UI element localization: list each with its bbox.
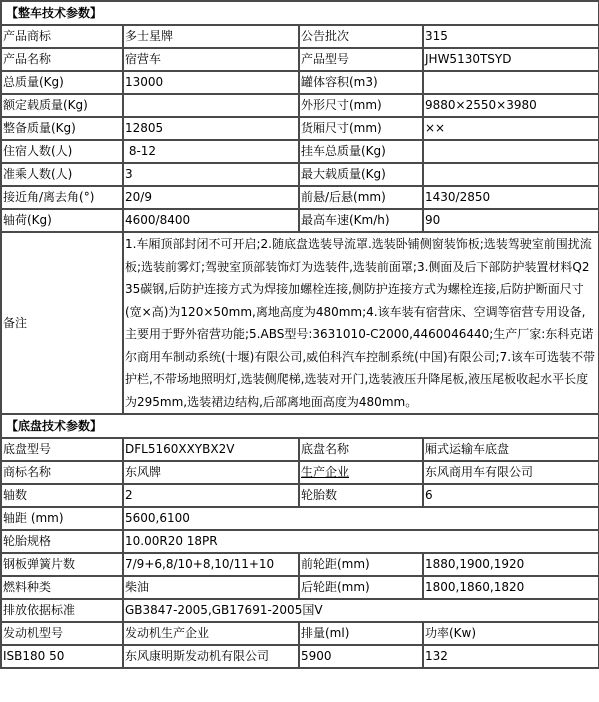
- section-header-vehicle: 【整车技术参数】: [1, 1, 599, 25]
- table-row: 轮胎规格10.00R20 18PR: [1, 530, 599, 553]
- section-header-chassis: 【底盘技术参数】: [1, 414, 599, 438]
- label: 最大载质量(Kg): [299, 163, 423, 186]
- table-row: 轴数2轮胎数6: [1, 484, 599, 507]
- remark-label: 备注: [1, 232, 123, 414]
- power: 132: [423, 645, 599, 668]
- remark-row: 备注 1.车厢顶部封闭不可开启;2.随底盘选装导流罩.选装卧铺侧窗装饰板;选装驾…: [1, 232, 599, 414]
- value: 7/9+6,8/10+8,10/11+10: [123, 553, 299, 576]
- label: 前轮距(mm): [299, 553, 423, 576]
- value: 9880×2550×3980: [423, 94, 599, 117]
- engine-model: ISB180 50: [1, 645, 123, 668]
- label: 住宿人数(人): [1, 140, 123, 163]
- label: 商标名称: [1, 461, 123, 484]
- section-title: 【整车技术参数】: [1, 1, 599, 25]
- value: [423, 140, 599, 163]
- value: GB3847-2005,GB17691-2005国V: [123, 599, 599, 622]
- value: [423, 71, 599, 94]
- table-row: 总质量(Kg)13000罐体容积(m3): [1, 71, 599, 94]
- value: DFL5160XXYBX2V: [123, 438, 299, 461]
- table-row: 接近角/离去角(°)20/9前悬/后悬(mm)1430/2850: [1, 186, 599, 209]
- value: 1430/2850: [423, 186, 599, 209]
- value: 2: [123, 484, 299, 507]
- label: 排放依据标准: [1, 599, 123, 622]
- table-row: 商标名称东风牌生产企业东风商用车有限公司: [1, 461, 599, 484]
- value: 柴油: [123, 576, 299, 599]
- spec-table: 【整车技术参数】 产品商标多士星牌公告批次315 产品名称宿营车产品型号JHW5…: [0, 0, 599, 669]
- label: 产品型号: [299, 48, 423, 71]
- label: 底盘型号: [1, 438, 123, 461]
- label: 底盘名称: [299, 438, 423, 461]
- label: 钢板弹簧片数: [1, 553, 123, 576]
- table-row: 住宿人数(人) 8-12挂车总质量(Kg): [1, 140, 599, 163]
- value: 宿营车: [123, 48, 299, 71]
- power-header: 功率(Kw): [423, 622, 599, 645]
- value: 厢式运输车底盘: [423, 438, 599, 461]
- value: 10.00R20 18PR: [123, 530, 599, 553]
- label: 挂车总质量(Kg): [299, 140, 423, 163]
- label: 轴数: [1, 484, 123, 507]
- engine-maker: 东风康明斯发动机有限公司: [123, 645, 299, 668]
- value: ××: [423, 117, 599, 140]
- value: 东风牌: [123, 461, 299, 484]
- table-row: 钢板弹簧片数7/9+6,8/10+8,10/11+10前轮距(mm)1880,1…: [1, 553, 599, 576]
- label: 额定载质量(Kg): [1, 94, 123, 117]
- value: 315: [423, 25, 599, 48]
- value: 3: [123, 163, 299, 186]
- displacement: 5900: [299, 645, 423, 668]
- value: 6: [423, 484, 599, 507]
- value: 12805: [123, 117, 299, 140]
- table-row: 整备质量(Kg)12805货厢尺寸(mm)××: [1, 117, 599, 140]
- label: 后轮距(mm): [299, 576, 423, 599]
- table-row: 产品名称宿营车产品型号JHW5130TSYD: [1, 48, 599, 71]
- value: 5600,6100: [123, 507, 599, 530]
- label: 公告批次: [299, 25, 423, 48]
- engine-header-row: 发动机型号发动机生产企业排量(ml)功率(Kw): [1, 622, 599, 645]
- displacement-header: 排量(ml): [299, 622, 423, 645]
- label: 外形尺寸(mm): [299, 94, 423, 117]
- value: 多士星牌: [123, 25, 299, 48]
- value: 1800,1860,1820: [423, 576, 599, 599]
- remark-text: 1.车厢顶部封闭不可开启;2.随底盘选装导流罩.选装卧铺侧窗装饰板;选装驾驶室前…: [123, 232, 599, 414]
- label: 轮胎规格: [1, 530, 123, 553]
- label: 燃料种类: [1, 576, 123, 599]
- label: 最高车速(Km/h): [299, 209, 423, 232]
- value: 4600/8400: [123, 209, 299, 232]
- section-title: 【底盘技术参数】: [1, 414, 599, 438]
- label: 产品名称: [1, 48, 123, 71]
- label: 轴距 (mm): [1, 507, 123, 530]
- label: 生产企业: [299, 461, 423, 484]
- value: [423, 163, 599, 186]
- label: 货厢尺寸(mm): [299, 117, 423, 140]
- value: 90: [423, 209, 599, 232]
- table-row: 底盘型号DFL5160XXYBX2V底盘名称厢式运输车底盘: [1, 438, 599, 461]
- engine-model-header: 发动机型号: [1, 622, 123, 645]
- label: 产品商标: [1, 25, 123, 48]
- engine-value-row: ISB180 50东风康明斯发动机有限公司5900132: [1, 645, 599, 668]
- engine-maker-header: 发动机生产企业: [123, 622, 299, 645]
- table-row: 准乘人数(人)3最大载质量(Kg): [1, 163, 599, 186]
- table-row: 轴距 (mm)5600,6100: [1, 507, 599, 530]
- value: 20/9: [123, 186, 299, 209]
- label: 轴荷(Kg): [1, 209, 123, 232]
- label: 接近角/离去角(°): [1, 186, 123, 209]
- table-row: 轴荷(Kg)4600/8400最高车速(Km/h)90: [1, 209, 599, 232]
- table-row: 燃料种类柴油后轮距(mm)1800,1860,1820: [1, 576, 599, 599]
- table-row: 产品商标多士星牌公告批次315: [1, 25, 599, 48]
- label: 罐体容积(m3): [299, 71, 423, 94]
- label: 准乘人数(人): [1, 163, 123, 186]
- label: 总质量(Kg): [1, 71, 123, 94]
- label: 轮胎数: [299, 484, 423, 507]
- value: 东风商用车有限公司: [423, 461, 599, 484]
- value: [123, 94, 299, 117]
- value: 8-12: [123, 140, 299, 163]
- value: JHW5130TSYD: [423, 48, 599, 71]
- label: 整备质量(Kg): [1, 117, 123, 140]
- label: 前悬/后悬(mm): [299, 186, 423, 209]
- value: 13000: [123, 71, 299, 94]
- table-row: 额定载质量(Kg)外形尺寸(mm)9880×2550×3980: [1, 94, 599, 117]
- value: 1880,1900,1920: [423, 553, 599, 576]
- table-row: 排放依据标准GB3847-2005,GB17691-2005国V: [1, 599, 599, 622]
